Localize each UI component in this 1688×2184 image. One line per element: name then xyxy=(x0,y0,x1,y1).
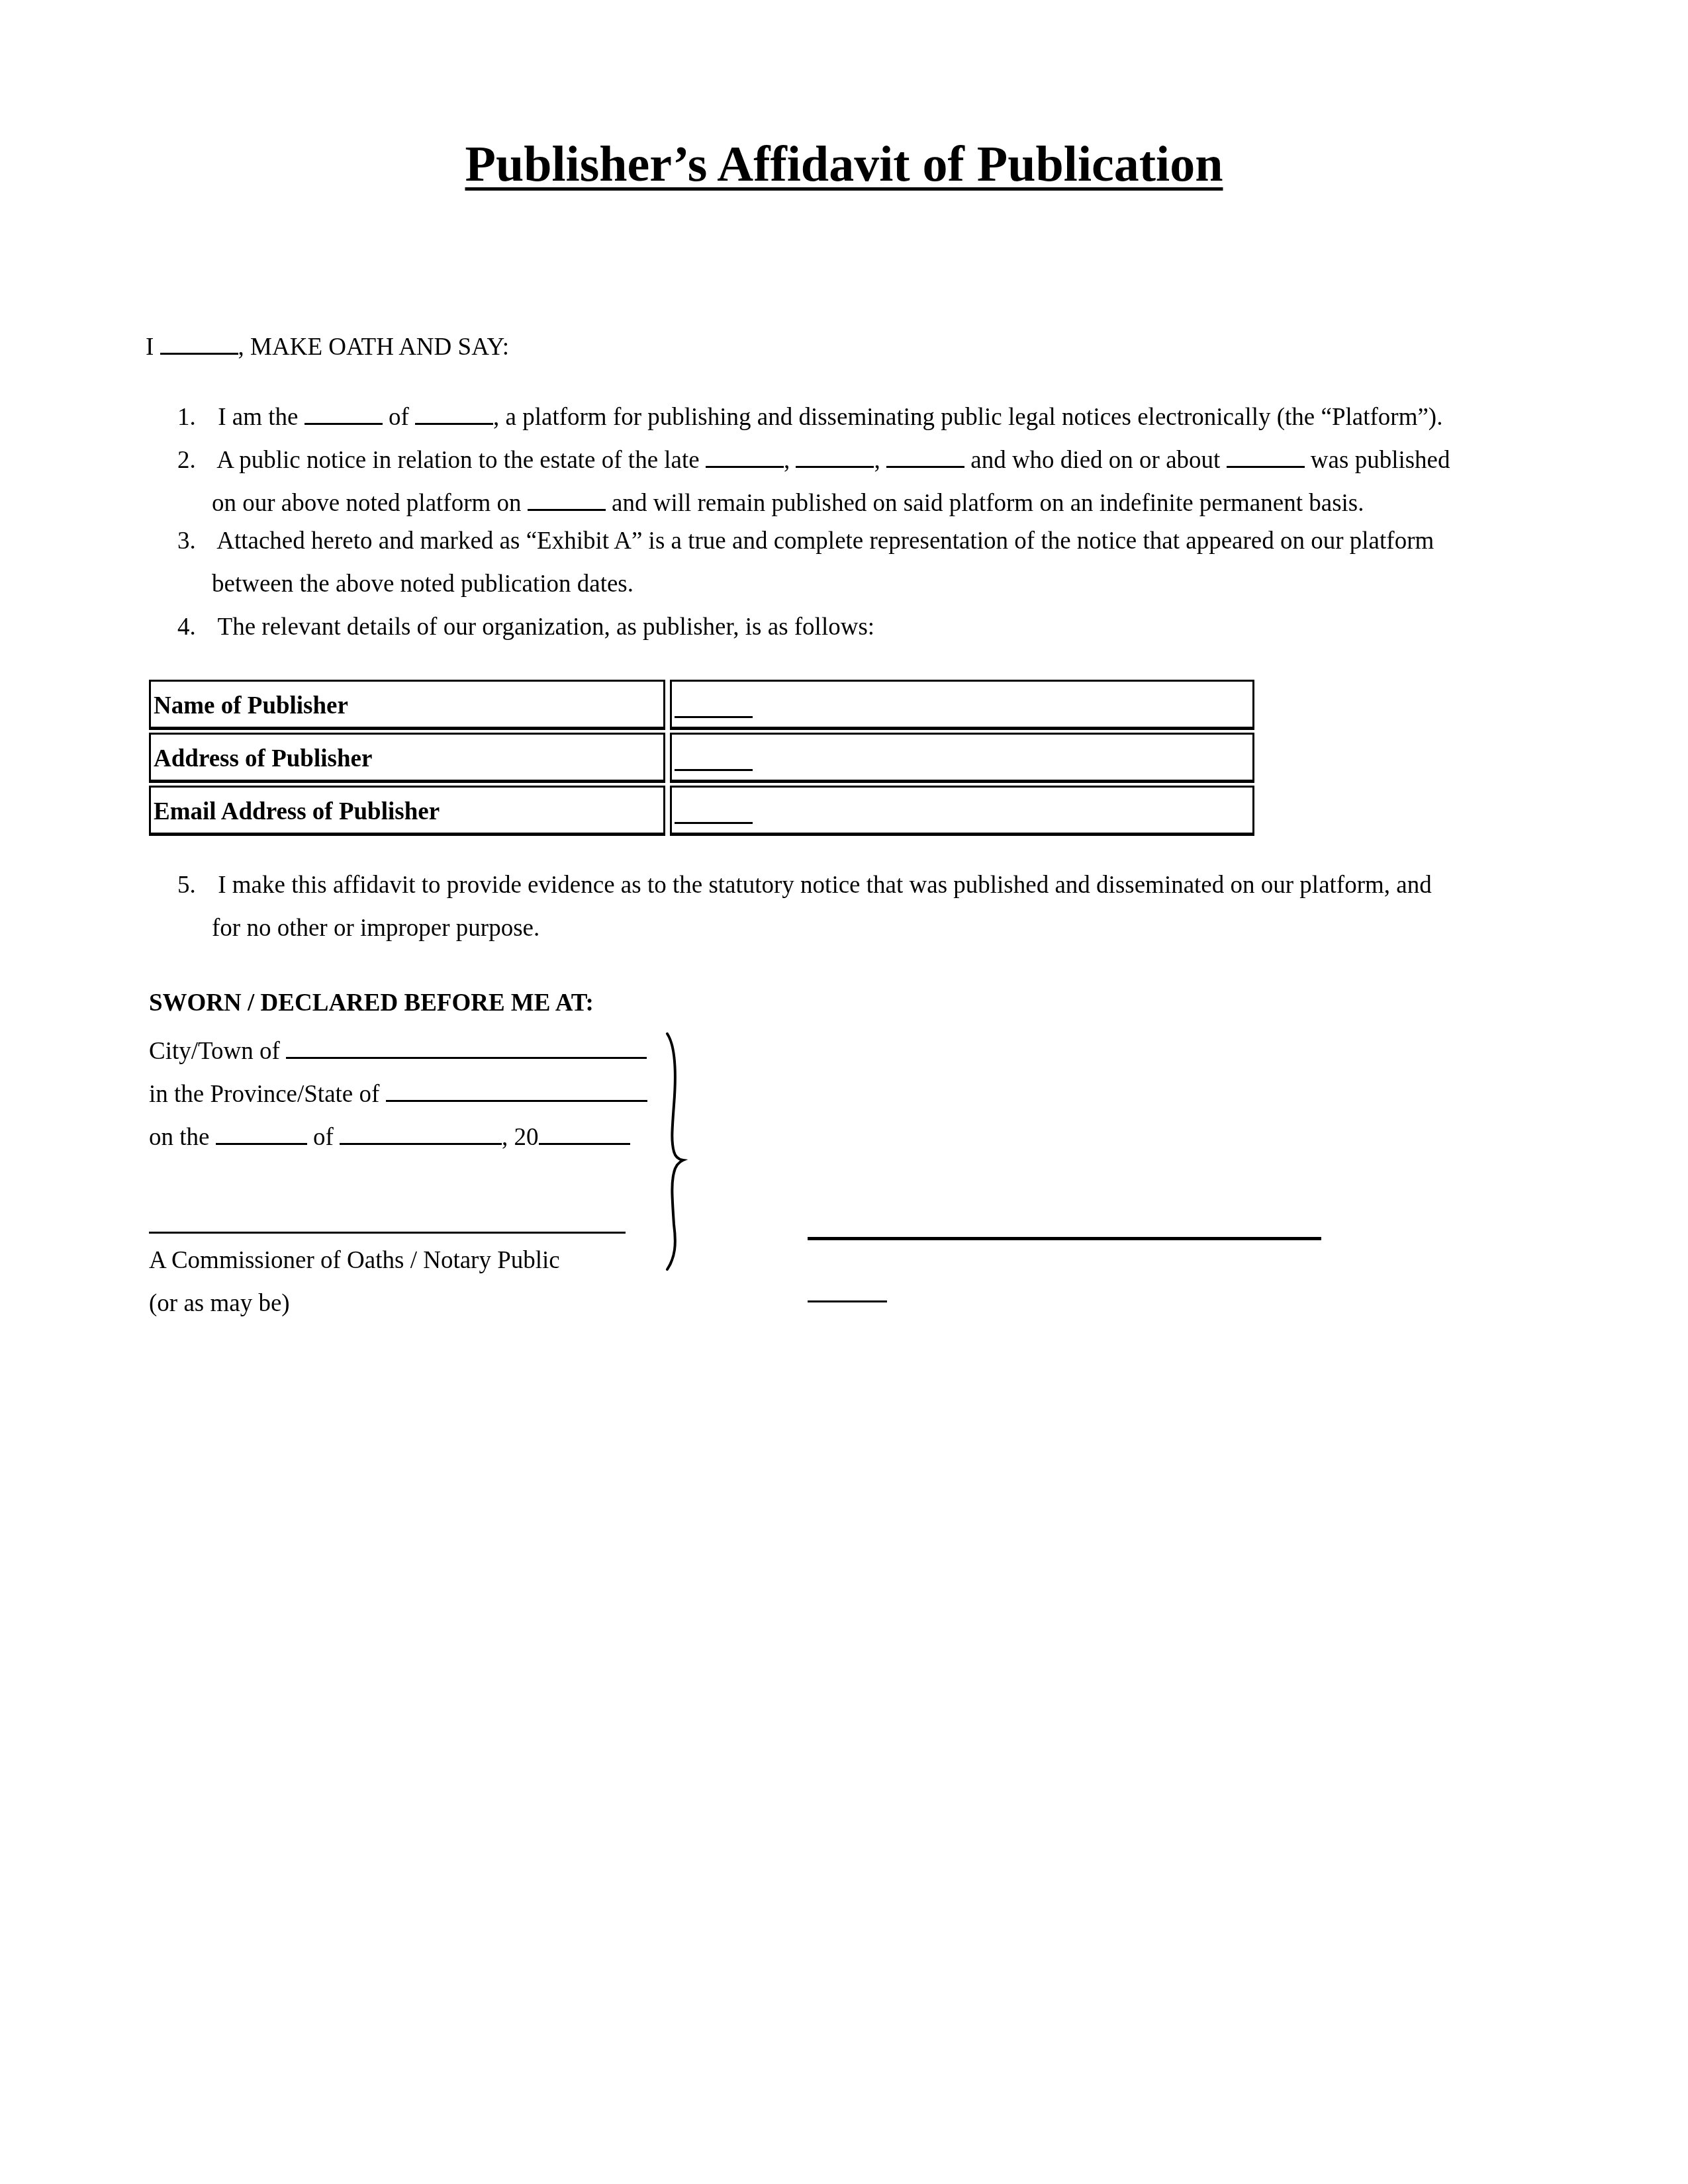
month-blank[interactable] xyxy=(340,1120,502,1145)
table-label-cell: Name of Publisher xyxy=(149,680,665,730)
table-label-cell: Address of Publisher xyxy=(149,733,665,783)
paragraph-2-line-1: 2. A public notice in relation to the es… xyxy=(177,443,1450,473)
publisher-email-field[interactable] xyxy=(670,786,1254,836)
jurat-date-line: on the of , 20 xyxy=(149,1120,630,1150)
platform-name-blank[interactable] xyxy=(415,400,493,425)
commissioner-signature-line[interactable] xyxy=(149,1232,626,1234)
deceased-second-blank[interactable] xyxy=(796,443,874,468)
province-state-blank[interactable] xyxy=(386,1077,647,1102)
paragraph-1: 1. I am the of , a platform for publishi… xyxy=(177,400,1442,430)
deceased-third-blank[interactable] xyxy=(886,443,964,468)
deponent-name-blank[interactable] xyxy=(160,330,238,355)
publisher-address-field[interactable] xyxy=(670,733,1254,783)
commissioner-note: (or as may be) xyxy=(149,1291,290,1316)
deceased-first-blank[interactable] xyxy=(706,443,784,468)
year-blank[interactable] xyxy=(539,1120,630,1145)
publisher-name-field[interactable] xyxy=(670,680,1254,730)
day-blank[interactable] xyxy=(216,1120,307,1145)
jurat-city-line: City/Town of xyxy=(149,1034,647,1064)
curly-brace-icon xyxy=(662,1032,695,1271)
publication-date-blank[interactable] xyxy=(528,486,606,511)
paragraph-3-line-1: 3. Attached hereto and marked as “Exhibi… xyxy=(177,529,1434,553)
document-title: Publisher’s Affidavit of Publication xyxy=(0,139,1688,189)
paragraph-3-line-2: between the above noted publication date… xyxy=(212,572,633,596)
date-of-death-blank[interactable] xyxy=(1227,443,1305,468)
deponent-name-blank[interactable] xyxy=(808,1300,887,1302)
intro-line: I , MAKE OATH AND SAY: xyxy=(146,330,509,359)
table-label-cell: Email Address of Publisher xyxy=(149,786,665,836)
commissioner-label: A Commissioner of Oaths / Notary Public xyxy=(149,1248,560,1273)
jurat-heading: SWORN / DECLARED BEFORE ME AT: xyxy=(149,991,594,1015)
city-town-blank[interactable] xyxy=(286,1034,647,1059)
paragraph-4: 4. The relevant details of our organizat… xyxy=(177,615,874,639)
paragraph-5-line-2: for no other or improper purpose. xyxy=(212,916,539,940)
paragraph-5-line-1: 5. I make this affidavit to provide evid… xyxy=(177,873,1432,897)
jurat-province-line: in the Province/State of xyxy=(149,1077,647,1107)
position-blank[interactable] xyxy=(305,400,383,425)
paragraph-2-line-2: on our above noted platform on and will … xyxy=(212,486,1364,516)
deponent-signature-line[interactable] xyxy=(808,1237,1321,1240)
